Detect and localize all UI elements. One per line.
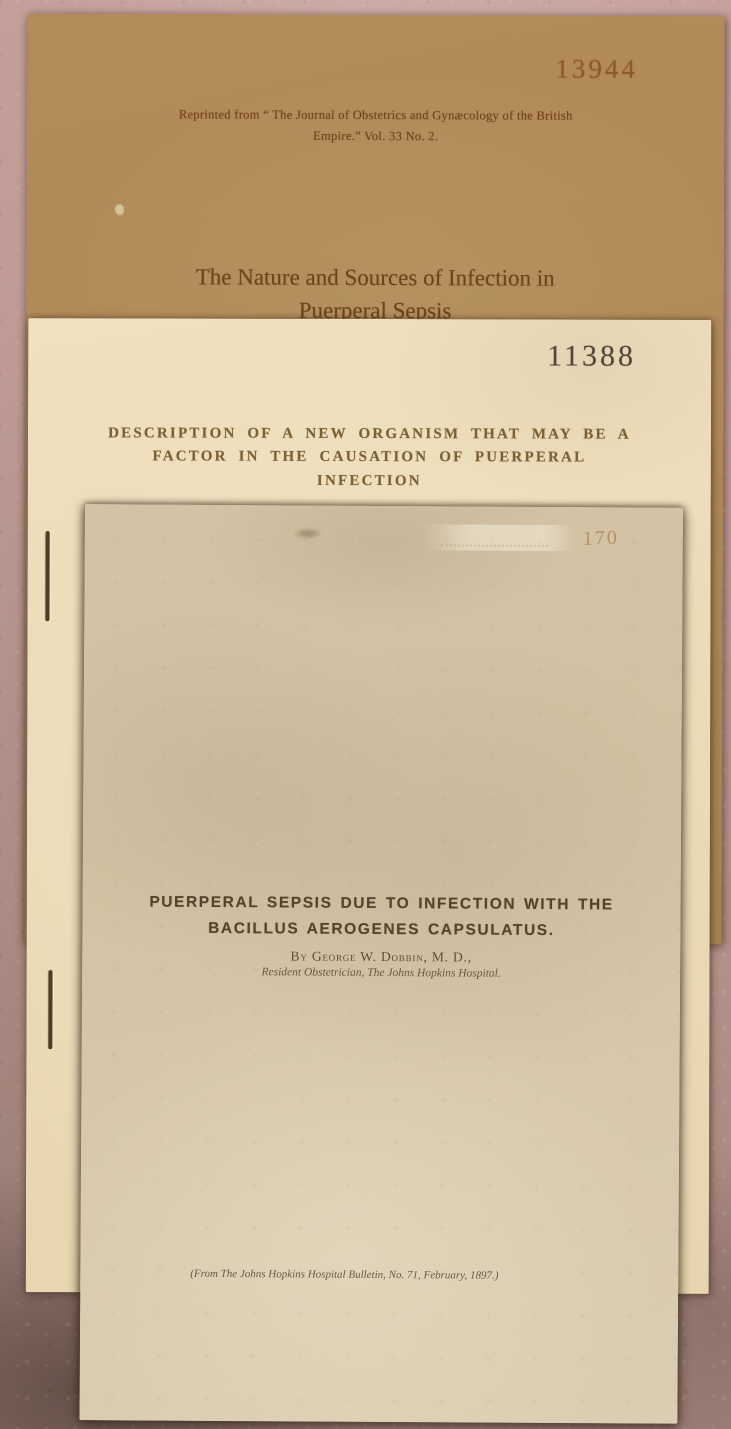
staple-top bbox=[45, 531, 49, 621]
reprint-source-line2: Empire.” Vol. 33 No. 2. bbox=[27, 125, 724, 149]
paper-fleck bbox=[115, 204, 124, 215]
author-byline: By George W. Dobbin, M. D., bbox=[82, 947, 680, 967]
accession-number-stamp-cream: 11388 bbox=[547, 339, 636, 373]
reprint-source-note: Reprinted from “ The Journal of Obstetri… bbox=[27, 104, 724, 149]
accession-number-stamp-brown: 13944 bbox=[555, 54, 638, 85]
staple-bottom bbox=[48, 970, 52, 1049]
journal-imprint: (From The Johns Hopkins Hospital Bulleti… bbox=[80, 1267, 608, 1282]
ink-smudge bbox=[293, 527, 323, 539]
brown-title-line1: The Nature and Sources of Infection in bbox=[27, 260, 724, 296]
number-stamp-front: 170 bbox=[582, 527, 619, 551]
reprint-source-line1: Reprinted from “ The Journal of Obstetri… bbox=[27, 104, 724, 128]
faint-illegible-stamp bbox=[423, 524, 575, 551]
pamphlet-front-title: PUERPERAL SEPSIS DUE TO INFECTION WITH T… bbox=[82, 889, 680, 945]
cream-title-line3: INFECTION bbox=[28, 469, 711, 494]
front-title-line1: PUERPERAL SEPSIS DUE TO INFECTION WITH T… bbox=[82, 889, 680, 919]
cream-title-line2: FACTOR IN THE CAUSATION OF PUERPERAL bbox=[28, 445, 711, 470]
pamphlet-front-cover: 170 PUERPERAL SEPSIS DUE TO INFECTION WI… bbox=[79, 504, 683, 1424]
pamphlet-cream-title: DESCRIPTION OF A NEW ORGANISM THAT MAY B… bbox=[28, 422, 711, 494]
photo-scene: 13944 Reprinted from “ The Journal of Ob… bbox=[0, 0, 731, 1429]
author-affiliation: Resident Obstetrician, The Johns Hopkins… bbox=[82, 965, 680, 981]
front-title-line2: BACILLUS AEROGENES CAPSULATUS. bbox=[82, 916, 680, 946]
cream-title-line1: DESCRIPTION OF A NEW ORGANISM THAT MAY B… bbox=[28, 422, 711, 447]
